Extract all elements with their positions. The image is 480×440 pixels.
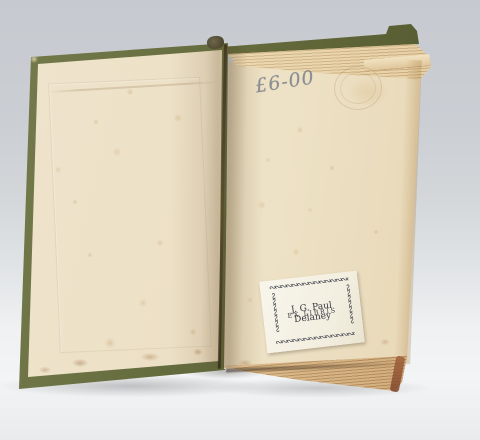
bookplate-text: EX LIBRIS J. G. Paul Delaney	[278, 290, 346, 335]
owner-name: J. G. Paul Delaney	[279, 299, 345, 326]
book-photograph: £6-00 ∾∾∾∾∾∾∾∾∾∾∾∾∾∾∾∾∾∾ ∾∾∾∾∾∾∾∾∾∾∾∾∾∾∾…	[0, 0, 480, 440]
cover-turn-in-ridge	[48, 77, 212, 353]
bookplate: ∾∾∾∾∾∾∾∾∾∾∾∾∾∾∾∾∾∾ ∾∾∾∾∾∾∾∾∾∾∾∾∾∾∾∾∾∾ ∾∾…	[259, 271, 365, 354]
bookplate-ornament-border: ∾∾∾∾∾∾∾∾∾∾∾∾∾∾∾∾∾∾ ∾∾∾∾∾∾∾∾∾∾∾∾∾∾∾∾∾∾ ∾∾…	[267, 275, 358, 348]
